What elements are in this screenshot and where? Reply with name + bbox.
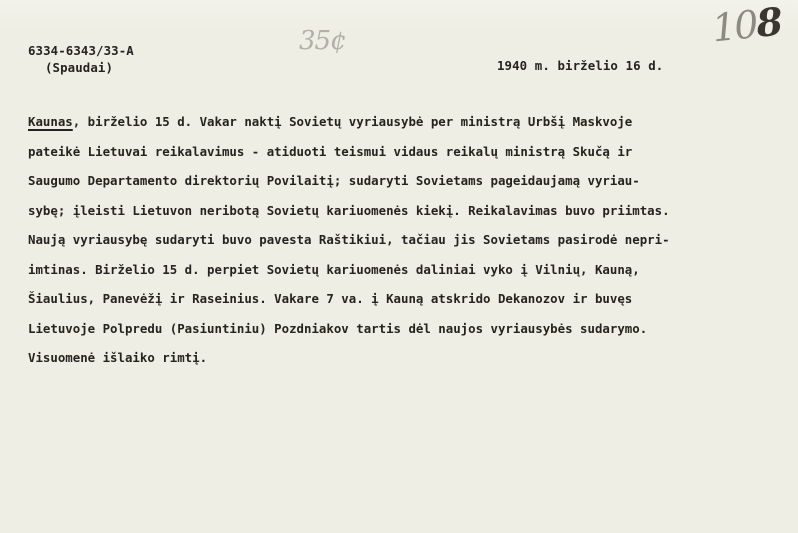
body-line: Visuomenė išlaiko rimtį. <box>28 343 670 373</box>
handwritten-page-number: 108 <box>710 0 783 50</box>
source-label: (Spaudai) <box>45 60 113 75</box>
page-number-prefix: 10 <box>710 2 759 50</box>
reference-number: 6334-6343/33-A <box>28 43 134 58</box>
document-date: 1940 m. birželio 16 d. <box>497 58 663 73</box>
handwritten-price-note: 35¢ <box>299 26 346 56</box>
body-text: Kaunas, birželio 15 d. Vakar naktį Sovie… <box>28 107 670 373</box>
body-line: Lietuvoje Polpredu (Pasiuntiniu) Pozdnia… <box>28 314 670 344</box>
body-line: pateikė Lietuvai reikalavimus - atiduoti… <box>28 137 670 167</box>
dateline-place: Kaunas <box>28 114 73 129</box>
document-page: 6334-6343/33-A (Spaudai) 35¢ 1940 m. bir… <box>0 0 798 533</box>
body-line: Šiaulius, Panevėžį ir Raseinius. Vakare … <box>28 284 670 314</box>
body-line: Saugumo Departamento direktorių Povilait… <box>28 166 670 196</box>
body-line: sybę; įleisti Lietuvon neribotą Sovietų … <box>28 196 670 226</box>
body-line: imtinas. Birželio 15 d. perpiet Sovietų … <box>28 255 670 285</box>
body-line: Naują vyriausybę sudaryti buvo pavesta R… <box>28 225 670 255</box>
body-line: Kaunas, birželio 15 d. Vakar naktį Sovie… <box>28 107 670 137</box>
page-number-last-digit: 8 <box>754 0 783 46</box>
